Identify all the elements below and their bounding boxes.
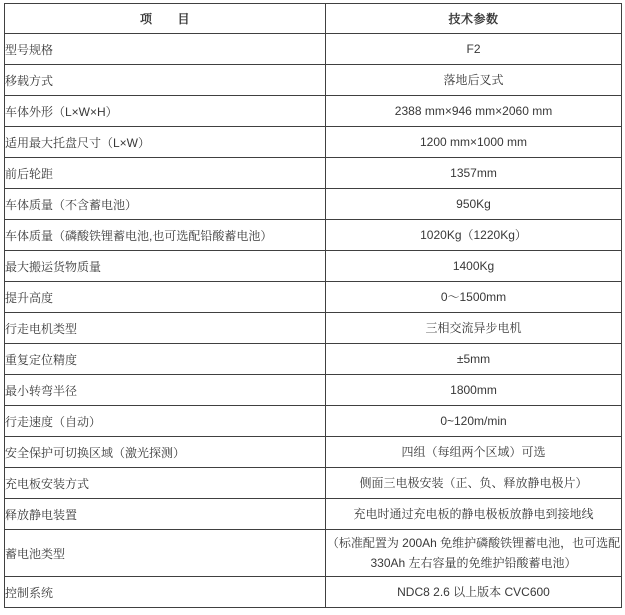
value-cell: 三相交流异步电机: [326, 313, 622, 344]
table-row: 适用最大托盘尺寸（L×W） 1200 mm×1000 mm: [5, 127, 622, 158]
table-row: 提升高度 0～1500mm: [5, 282, 622, 313]
item-cell: 释放静电装置: [5, 499, 326, 530]
value-cell: 0～1500mm: [326, 282, 622, 313]
item-cell: 前后轮距: [5, 158, 326, 189]
table-row: 前后轮距 1357mm: [5, 158, 622, 189]
table-row: 充电板安装方式 侧面三电极安装（正、负、释放静电极片）: [5, 468, 622, 499]
item-cell: 最大搬运货物质量: [5, 251, 326, 282]
item-cell: 提升高度: [5, 282, 326, 313]
item-cell: 车体外形（L×W×H）: [5, 96, 326, 127]
value-cell: 950Kg: [326, 189, 622, 220]
value-cell: 0~120m/min: [326, 406, 622, 437]
value-cell: 1200 mm×1000 mm: [326, 127, 622, 158]
value-cell: 落地后叉式: [326, 65, 622, 96]
item-cell: 蓄电池类型: [5, 530, 326, 577]
table-row: 车体外形（L×W×H） 2388 mm×946 mm×2060 mm: [5, 96, 622, 127]
header-row: 项 目 技术参数: [5, 4, 622, 34]
value-cell: 四组（每组两个区域）可选: [326, 437, 622, 468]
value-cell: 1400Kg: [326, 251, 622, 282]
table-row: 车体质量（不含蓄电池） 950Kg: [5, 189, 622, 220]
spec-table-body: 型号规格 F2 移载方式 落地后叉式 车体外形（L×W×H） 2388 mm×9…: [5, 34, 622, 608]
item-cell: 型号规格: [5, 34, 326, 65]
item-cell: 行走速度（自动）: [5, 406, 326, 437]
value-cell: F2: [326, 34, 622, 65]
item-cell: 安全保护可切换区域（激光探测）: [5, 437, 326, 468]
item-cell: 行走电机类型: [5, 313, 326, 344]
table-row: 车体质量（磷酸铁锂蓄电池,也可选配铅酸蓄电池） 1020Kg（1220Kg）: [5, 220, 622, 251]
table-row: 移载方式 落地后叉式: [5, 65, 622, 96]
table-row: 释放静电装置 充电时通过充电板的静电极板放静电到接地线: [5, 499, 622, 530]
table-row: 重复定位精度 ±5mm: [5, 344, 622, 375]
value-cell: （标准配置为 200Ah 免维护磷酸铁锂蓄电池，也可选配 330Ah 左右容量的…: [326, 530, 622, 577]
table-row: 行走速度（自动） 0~120m/min: [5, 406, 622, 437]
header-item: 项 目: [5, 4, 326, 34]
value-cell: 充电时通过充电板的静电极板放静电到接地线: [326, 499, 622, 530]
item-cell: 控制系统: [5, 577, 326, 608]
value-cell: 侧面三电极安装（正、负、释放静电极片）: [326, 468, 622, 499]
item-cell: 车体质量（不含蓄电池）: [5, 189, 326, 220]
spec-table: 项 目 技术参数 型号规格 F2 移载方式 落地后叉式 车体外形（L×W×H） …: [4, 3, 622, 608]
item-cell: 重复定位精度: [5, 344, 326, 375]
item-cell: 适用最大托盘尺寸（L×W）: [5, 127, 326, 158]
value-cell: NDC8 2.6 以上版本 CVC600: [326, 577, 622, 608]
value-cell: 1800mm: [326, 375, 622, 406]
item-cell: 充电板安装方式: [5, 468, 326, 499]
page: 项 目 技术参数 型号规格 F2 移载方式 落地后叉式 车体外形（L×W×H） …: [0, 0, 625, 615]
table-row: 最小转弯半径 1800mm: [5, 375, 622, 406]
value-cell: 2388 mm×946 mm×2060 mm: [326, 96, 622, 127]
table-row: 最大搬运货物质量 1400Kg: [5, 251, 622, 282]
table-row: 蓄电池类型 （标准配置为 200Ah 免维护磷酸铁锂蓄电池，也可选配 330Ah…: [5, 530, 622, 577]
item-cell: 车体质量（磷酸铁锂蓄电池,也可选配铅酸蓄电池）: [5, 220, 326, 251]
item-cell: 最小转弯半径: [5, 375, 326, 406]
table-row: 型号规格 F2: [5, 34, 622, 65]
value-cell: 1020Kg（1220Kg）: [326, 220, 622, 251]
item-cell: 移载方式: [5, 65, 326, 96]
header-param: 技术参数: [326, 4, 622, 34]
value-cell: 1357mm: [326, 158, 622, 189]
value-cell: ±5mm: [326, 344, 622, 375]
table-row: 行走电机类型 三相交流异步电机: [5, 313, 622, 344]
table-row: 安全保护可切换区域（激光探测） 四组（每组两个区域）可选: [5, 437, 622, 468]
table-row: 控制系统 NDC8 2.6 以上版本 CVC600: [5, 577, 622, 608]
